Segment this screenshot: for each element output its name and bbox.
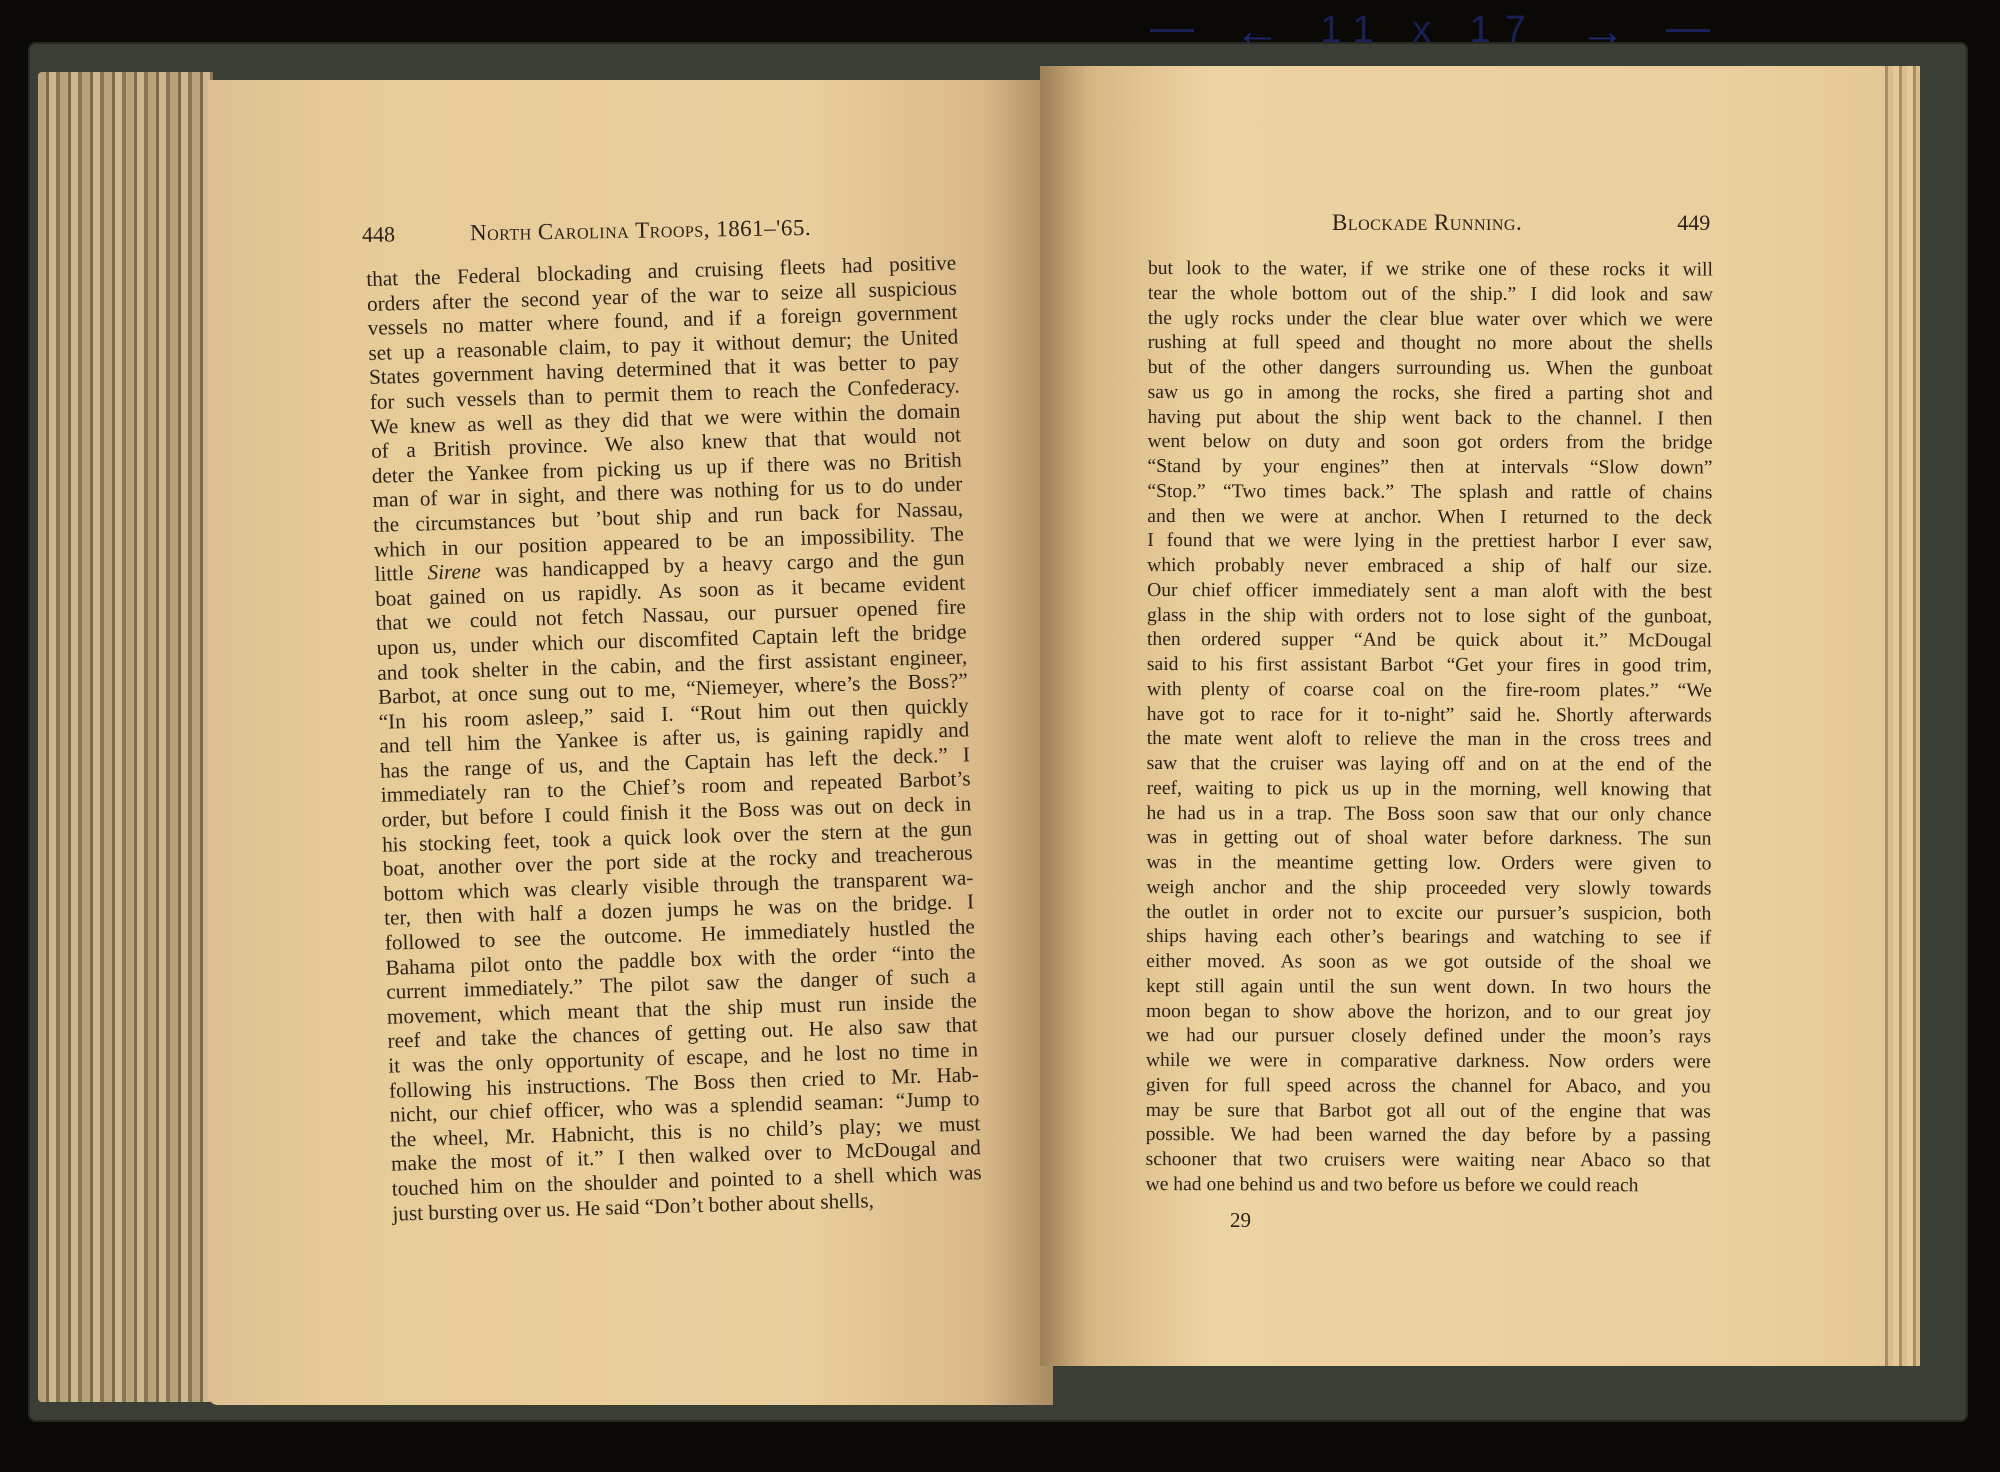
text-line: rushing at full speed and thought no mor… [1148,331,1713,357]
text-line: kept still again until the sun went down… [1146,975,1711,1001]
left-page-body: that the Federal blockading and cruising… [366,251,983,1226]
text-line: given for full speed across the channel … [1146,1074,1711,1100]
text-line: ships having each other’s bearings and w… [1146,925,1711,951]
right-page-number: 449 [1677,210,1710,235]
text-line: but of the other dangers surrounding us.… [1148,356,1713,382]
text-line: reef, waiting to pick us up in the morni… [1147,777,1712,803]
text-line: was in the meantime getting low. Orders … [1146,851,1711,877]
text-line: possible. We had been warned the day bef… [1146,1123,1711,1149]
marker-line-right [1666,29,1710,32]
text-line: the outlet in order not to excite our pu… [1146,900,1711,926]
text-line: either moved. As soon as we got outside … [1146,950,1711,976]
text-line: the mate went aloft to relieve the man i… [1147,727,1712,753]
text-line: while we were in comparative darkness. N… [1146,1049,1711,1075]
text-line: saw us go in among the rocks, she fired … [1148,381,1713,407]
right-page-body: but look to the water, if we strike one … [1146,257,1713,1199]
marker-line-left [1150,29,1194,32]
text-line: he had us in a trap. The Boss soon saw t… [1147,801,1712,827]
text-line: may be sure that Barbot got all out of t… [1146,1098,1711,1124]
text-line: the ugly rocks under the clear blue wate… [1148,306,1713,332]
left-running-head: North Carolina Troops, 1861–'65. [470,215,812,245]
text-line: tear the whole bottom out of the ship.” … [1148,282,1713,308]
signature-mark: 29 [1230,1208,1251,1233]
text-line: then ordered supper “And be quick about … [1147,628,1712,654]
ship-name: Sirene [427,559,481,584]
text-line: and then we were at anchor. When I retur… [1147,504,1712,530]
text-line: was in getting out of shoal water before… [1146,826,1711,852]
right-running-head: Blockade Running. [1332,210,1522,235]
text-line: but look to the water, if we strike one … [1148,257,1713,283]
text-line: “Stand by your engines” then at interval… [1147,455,1712,481]
text-line: schooner that two cruisers were waiting … [1146,1148,1711,1174]
text-line: have got to race for it to-night” said h… [1147,702,1712,728]
text-line: “Stop.” “Two times back.” The splash and… [1147,480,1712,506]
text-line: saw that the cruiser was laying off and … [1147,752,1712,778]
text-line: moon began to show above the horizon, an… [1146,999,1711,1025]
text-line: which probably never embraced a ship of … [1147,554,1712,580]
page-edges-left [38,72,213,1402]
text-line: we had one behind us and two before us b… [1146,1173,1711,1199]
text-line: went below on duty and soon got orders f… [1147,430,1712,456]
text-line: I found that we were lying in the pretti… [1147,529,1712,555]
left-page-number: 448 [362,221,395,247]
text-line: with plenty of coarse coal on the fire-r… [1147,678,1712,704]
text-line: Our chief officer immediately sent a man… [1147,579,1712,605]
text-line: having put about the ship went back to t… [1148,405,1713,431]
text-line: weigh anchor and the ship proceeded very… [1146,876,1711,902]
right-running-header: Blockade Running. 449 [1332,210,1710,236]
text-line: we had our pursuer closely defined under… [1146,1024,1711,1050]
text-line: glass in the ship with orders not to los… [1147,603,1712,629]
text-line: said to his first assistant Barbot “Get … [1147,653,1712,679]
